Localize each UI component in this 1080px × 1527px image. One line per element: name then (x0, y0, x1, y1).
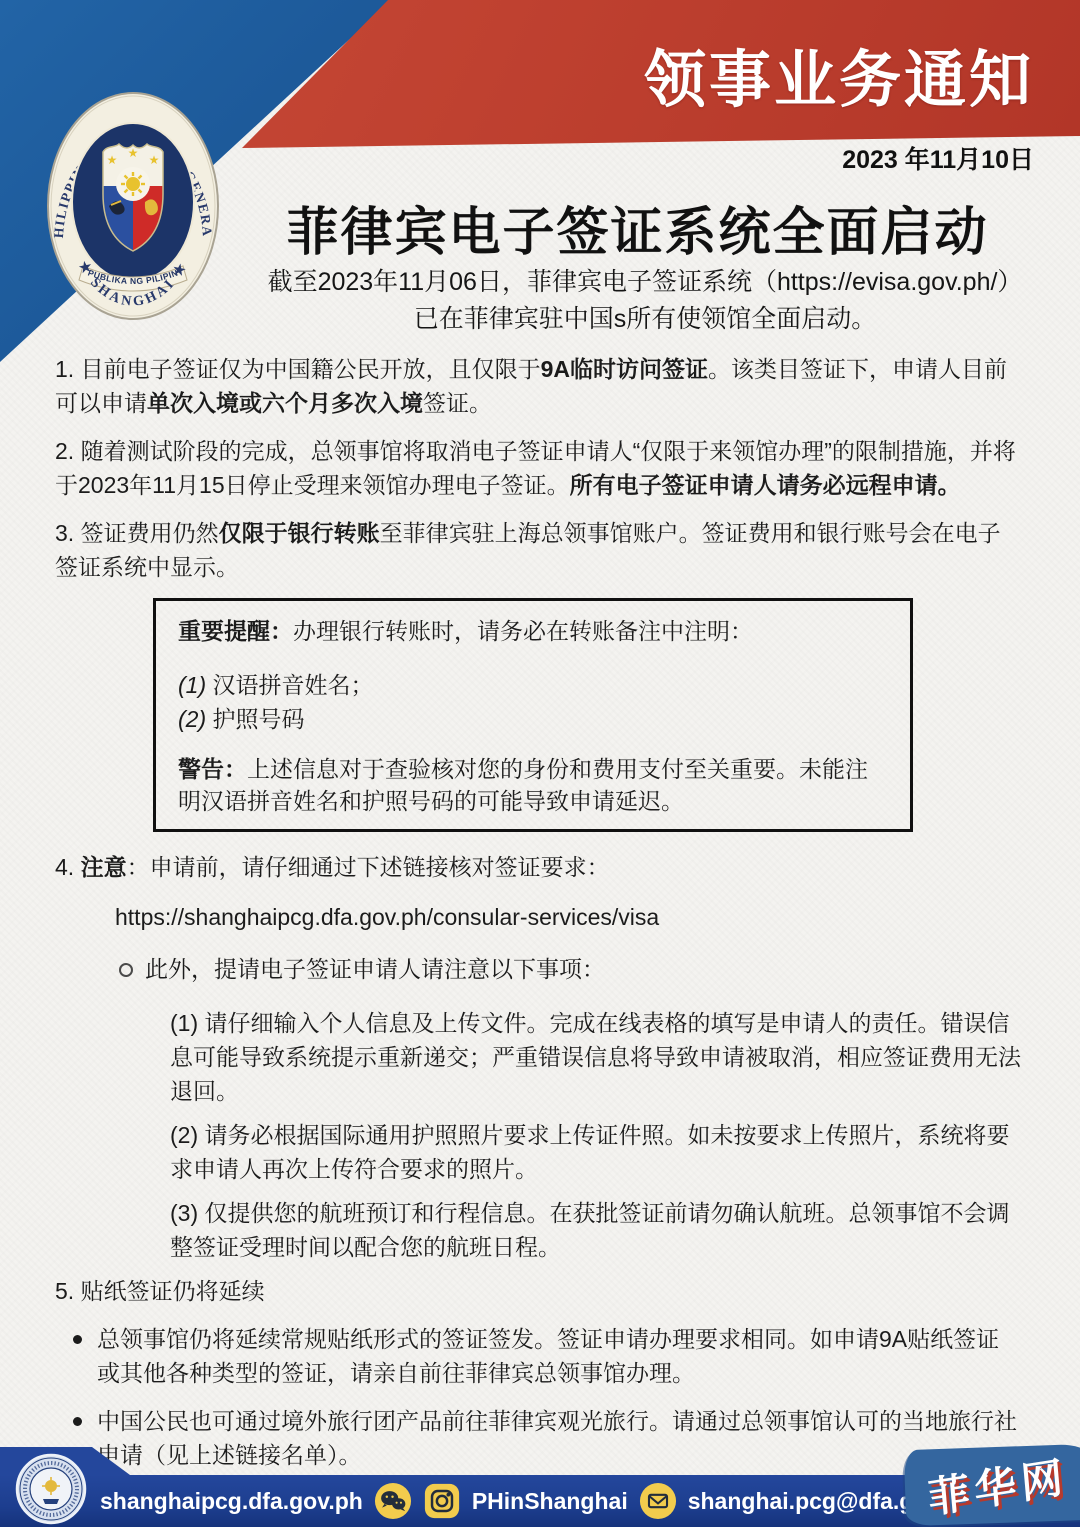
sticker-visa-bullet-1: 总领事馆仍将延续常规贴纸形式的签证签发。签证申请办理要求相同。如申请9A贴纸签证… (55, 1322, 1022, 1390)
feihua-watermark: 菲华网 (904, 1444, 1080, 1526)
reminder-box-title: 重要提醒：办理银行转账时，请务必在转账备注中注明： (178, 615, 888, 647)
reminder-item-1-text: 汉语拼音姓名； (206, 672, 373, 698)
paragraph-2-bold: 所有电子签证申请人请务必远程申请。 (570, 472, 961, 498)
instagram-icon[interactable] (423, 1482, 461, 1520)
notice-body: 1. 目前电子签证仅为中国籍公民开放，且仅限于9A临时访问签证。该类目签证下，申… (55, 352, 1022, 1520)
paragraph-4-bold: 注意 (81, 854, 127, 880)
reminder-box-title-bold: 重要提醒： (178, 618, 293, 644)
paragraph-1-text: 1. 目前电子签证仅为中国籍公民开放，且仅限于 (55, 356, 541, 382)
reminder-item-2-text: 护照号码 (206, 706, 304, 732)
notice-date: 2023 年11月10日 (842, 140, 1034, 176)
sub-item-3: (3) 仅提供您的航班预订和行程信息。在获批签证前请勿确认航班。总领事馆不会调整… (55, 1196, 1022, 1264)
seal-sun-icon (121, 172, 145, 196)
wechat-icon[interactable] (374, 1482, 412, 1520)
consulate-seal: PHILIPPINE CONSULATE GENERAL (45, 90, 221, 322)
page-title: 菲律宾电子签证系统全面启动 (250, 190, 1025, 265)
reminder-item-1-number: (1) (178, 672, 206, 698)
paragraph-4: 4. 注意：申请前，请仔细通过下述链接核对签证要求： (55, 850, 1022, 884)
paragraph-3-text: 3. 签证费用仍然 (55, 520, 219, 546)
footer-social-handle[interactable]: PHinShanghai (472, 1488, 628, 1515)
svg-text:★: ★ (128, 146, 139, 160)
sticker-visa-bullet-2: 中国公民也可通过境外旅行团产品前往菲律宾观光旅行。请通过总领事馆认可的当地旅行社… (55, 1404, 1022, 1472)
mail-icon[interactable] (639, 1482, 677, 1520)
evisa-note-bullet: 此外，提请电子签证申请人请注意以下事项： (55, 952, 1022, 986)
paragraph-1: 1. 目前电子签证仅为中国籍公民开放，且仅限于9A临时访问签证。该类目签证下，申… (55, 352, 1022, 420)
subtitle-line-1: 截至2023年11月06日，菲律宾电子签证系统（https://evisa.go… (250, 262, 1040, 298)
paragraph-2: 2. 随着测试阶段的完成，总领事馆将取消电子签证申请人“仅限于来领馆办理”的限制… (55, 434, 1022, 502)
sub-item-2: (2) 请务必根据国际通用护照照片要求上传证件照。如未按要求上传照片，系统将要求… (55, 1118, 1022, 1186)
paragraph-1-text: 签证。 (423, 390, 492, 416)
reminder-box: 重要提醒：办理银行转账时，请务必在转账备注中注明： (1) 汉语拼音姓名； (2… (153, 598, 913, 832)
paragraph-3-bold: 仅限于银行转账 (219, 520, 380, 546)
consulate-seal-graphic: PHILIPPINE CONSULATE GENERAL (45, 90, 221, 322)
reminder-warning-text: 上述信息对于查验核对您的身份和费用支付至关重要。未能注明汉语拼音姓名和护照号码的… (178, 756, 868, 814)
paragraph-1-bold-entry: 单次入境或六个月多次入境 (147, 390, 423, 416)
banner-title: 领事业务通知 (644, 30, 1034, 119)
paragraph-4-text: ：申请前，请仔细通过下述链接核对签证要求： (127, 854, 610, 880)
svg-text:★: ★ (107, 153, 118, 167)
sub-item-1: (1) 请仔细输入个人信息及上传文件。完成在线表格的填写是申请人的责任。错误信息… (55, 1006, 1022, 1108)
paragraph-5-title: 5. 贴纸签证仍将延续 (55, 1274, 1022, 1308)
reminder-item-2-number: (2) (178, 706, 206, 732)
svg-text:★: ★ (149, 153, 160, 167)
reminder-item-1: (1) 汉语拼音姓名； (178, 669, 888, 701)
notice-page: 领事业务通知 2023 年11月10日 PHILIPPINE CONSULATE… (0, 0, 1080, 1527)
feihua-watermark-text: 菲华网 (925, 1444, 1070, 1526)
reminder-box-title-text: 办理银行转账时，请务必在转账备注中注明： (293, 618, 753, 644)
subtitle-line-2: 已在菲律宾驻中国s所有使领馆全面启动。 (250, 299, 1040, 335)
visa-requirements-link[interactable]: https://shanghaipcg.dfa.gov.ph/consular-… (115, 900, 1022, 934)
paragraph-4-number: 4. (55, 854, 81, 880)
reminder-warning-bold: 警告： (178, 756, 247, 782)
paragraph-1-bold-visa-type: 9A临时访问签证 (541, 356, 708, 382)
paragraph-3: 3. 签证费用仍然仅限于银行转账至菲律宾驻上海总领事馆账户。签证费用和银行账号会… (55, 516, 1022, 584)
reminder-warning: 警告：上述信息对于查验核对您的身份和费用支付至关重要。未能注明汉语拼音姓名和护照… (178, 753, 888, 817)
footer-website[interactable]: shanghaipcg.dfa.gov.ph (100, 1488, 363, 1515)
reminder-item-2: (2) 护照号码 (178, 703, 888, 735)
